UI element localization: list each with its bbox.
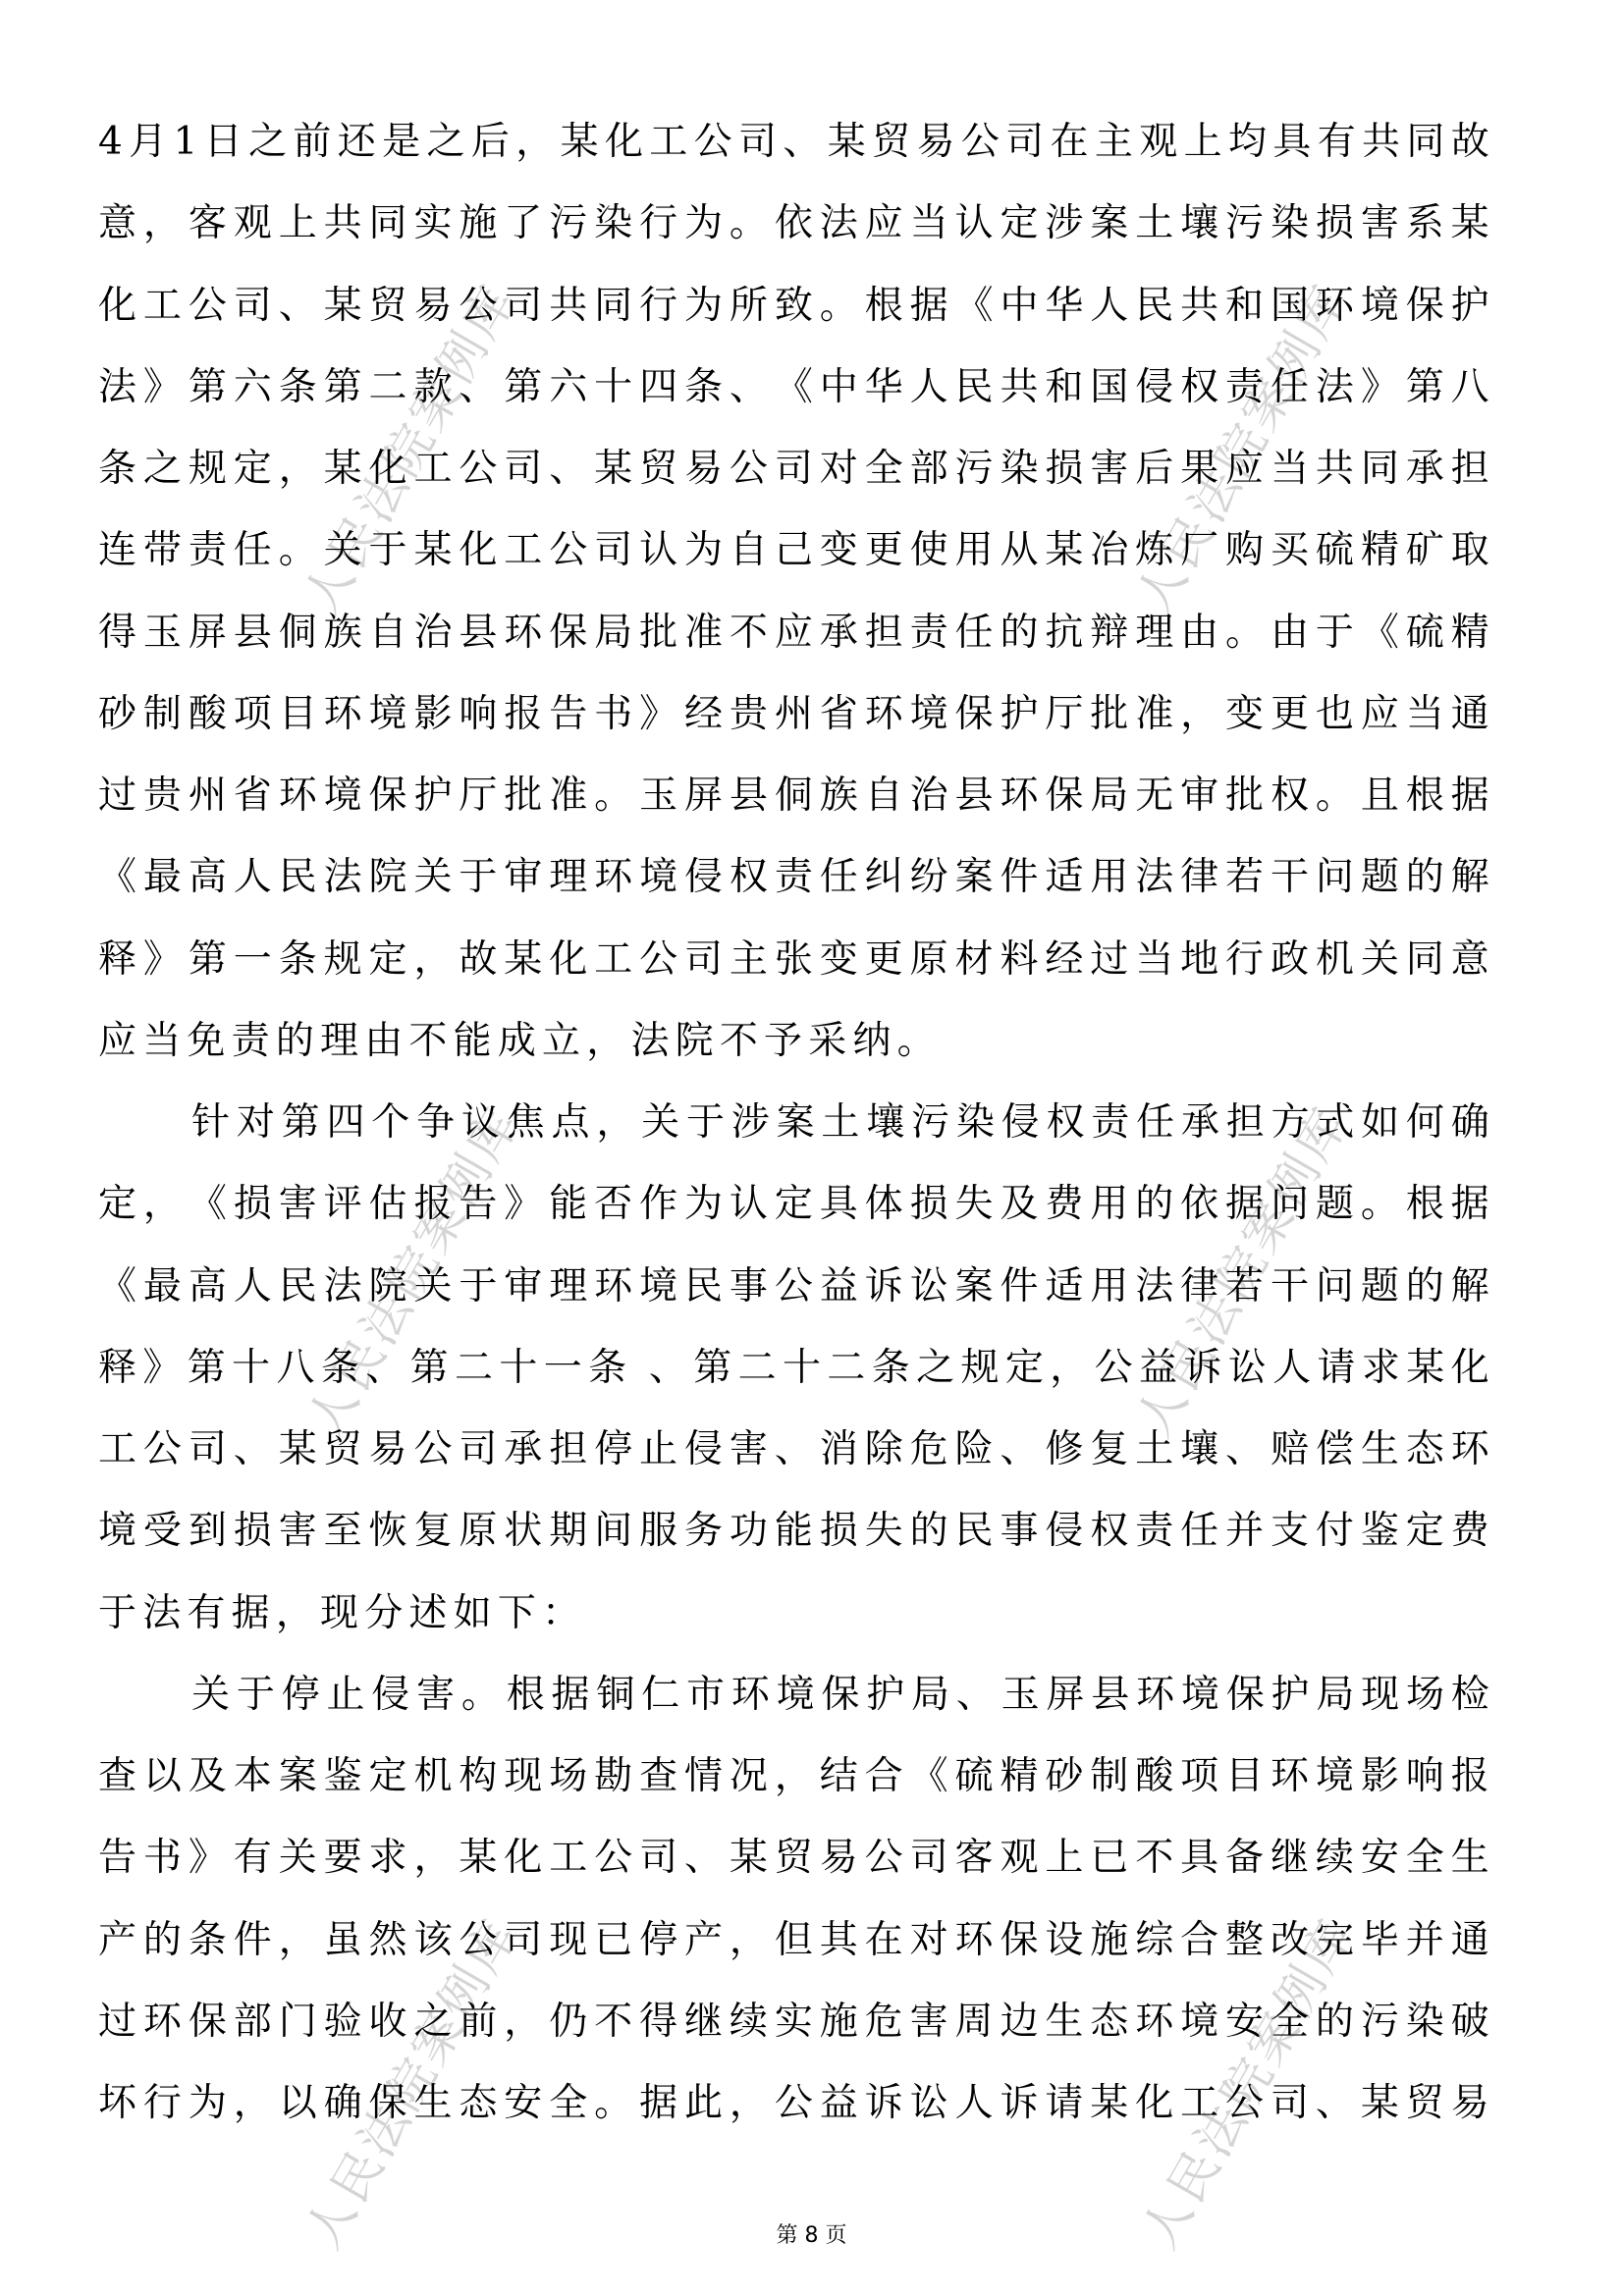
- text-line: 意，客观上共同实施了污染行为。依法应当认定涉案土壤污染损害系某: [98, 183, 1489, 264]
- text-line: 条之规定，某化工公司、某贸易公司对全部污染损害后果应当共同承担: [98, 428, 1489, 509]
- text-line: 《最高人民法院关于审理环境侵权责任纠纷案件适用法律若干问题的解: [98, 836, 1489, 918]
- text-line: 应当免责的理由不能成立，法院不予采纳。: [98, 1000, 1489, 1082]
- text-line: 《最高人民法院关于审理环境民事公益诉讼案件适用法律若干问题的解: [98, 1246, 1489, 1327]
- text-line: 连带责任。关于某化工公司认为自己变更使用从某冶炼厂购买硫精矿取: [98, 509, 1489, 591]
- text-line: 砂制酸项目环境影响报告书》经贵州省环境保护厅批准，变更也应当通: [98, 673, 1489, 755]
- text-line: 查以及本案鉴定机构现场勘查情况，结合《硫精砂制酸项目环境影响报: [98, 1735, 1489, 1817]
- text-line: 化工公司、某贸易公司共同行为所致。根据《中华人民共和国环境保护: [98, 265, 1489, 347]
- text-line: 释》第一条规定，故某化工公司主张变更原材料经过当地行政机关同意: [98, 919, 1489, 1000]
- text-line: 于法有据，现分述如下：: [98, 1573, 1489, 1654]
- text-line: 释》第十八条、第二十一条、第二十二条之规定，公益诉讼人请求某化: [98, 1327, 1489, 1409]
- body-text: 4月1日之前还是之后，某化工公司、某贸易公司在主观上均具有共同故意，客观上共同实…: [98, 101, 1489, 2144]
- text-line: 4月1日之前还是之后，某化工公司、某贸易公司在主观上均具有共同故: [98, 101, 1489, 183]
- text-line: 过环保部门验收之前，仍不得继续实施危害周边生态环境安全的污染破: [98, 1981, 1489, 2062]
- text-line: 境受到损害至恢复原状期间服务功能损失的民事侵权责任并支付鉴定费: [98, 1490, 1489, 1572]
- text-line: 法》第六条第二款、第六十四条、《中华人民共和国侵权责任法》第八: [98, 347, 1489, 428]
- paragraph: 关于停止侵害。根据铜仁市环境保护局、玉屏县环境保护局现场检查以及本案鉴定机构现场…: [98, 1654, 1489, 2145]
- text-line: 过贵州省环境保护厅批准。玉屏县侗族自治县环保局无审批权。且根据: [98, 755, 1489, 836]
- text-line: 关于停止侵害。根据铜仁市环境保护局、玉屏县环境保护局现场检: [98, 1654, 1489, 1735]
- text-line: 工公司、某贸易公司承担停止侵害、消除危险、修复土壤、赔偿生态环: [98, 1409, 1489, 1490]
- text-line: 坏行为，以确保生态安全。据此，公益诉讼人诉请某化工公司、某贸易: [98, 2062, 1489, 2144]
- paragraph: 4月1日之前还是之后，某化工公司、某贸易公司在主观上均具有共同故意，客观上共同实…: [98, 101, 1489, 1082]
- text-line: 定，《损害评估报告》能否作为认定具体损失及费用的依据问题。根据: [98, 1163, 1489, 1245]
- text-line: 告书》有关要求，某化工公司、某贸易公司客观上已不具备继续安全生: [98, 1817, 1489, 1898]
- text-line: 得玉屏县侗族自治县环保局批准不应承担责任的抗辩理由。由于《硫精: [98, 592, 1489, 673]
- text-line: 针对第四个争议焦点，关于涉案土壤污染侵权责任承担方式如何确: [98, 1082, 1489, 1163]
- page-number: 第 8 页: [0, 2218, 1623, 2249]
- paragraph: 针对第四个争议焦点，关于涉案土壤污染侵权责任承担方式如何确定，《损害评估报告》能…: [98, 1082, 1489, 1654]
- document-page: 人民法院案例库人民法院案例库人民法院案例库人民法院案例库人民法院案例库人民法院案…: [0, 0, 1623, 2296]
- text-line: 产的条件，虽然该公司现已停产，但其在对环保设施综合整改完毕并通: [98, 1899, 1489, 1981]
